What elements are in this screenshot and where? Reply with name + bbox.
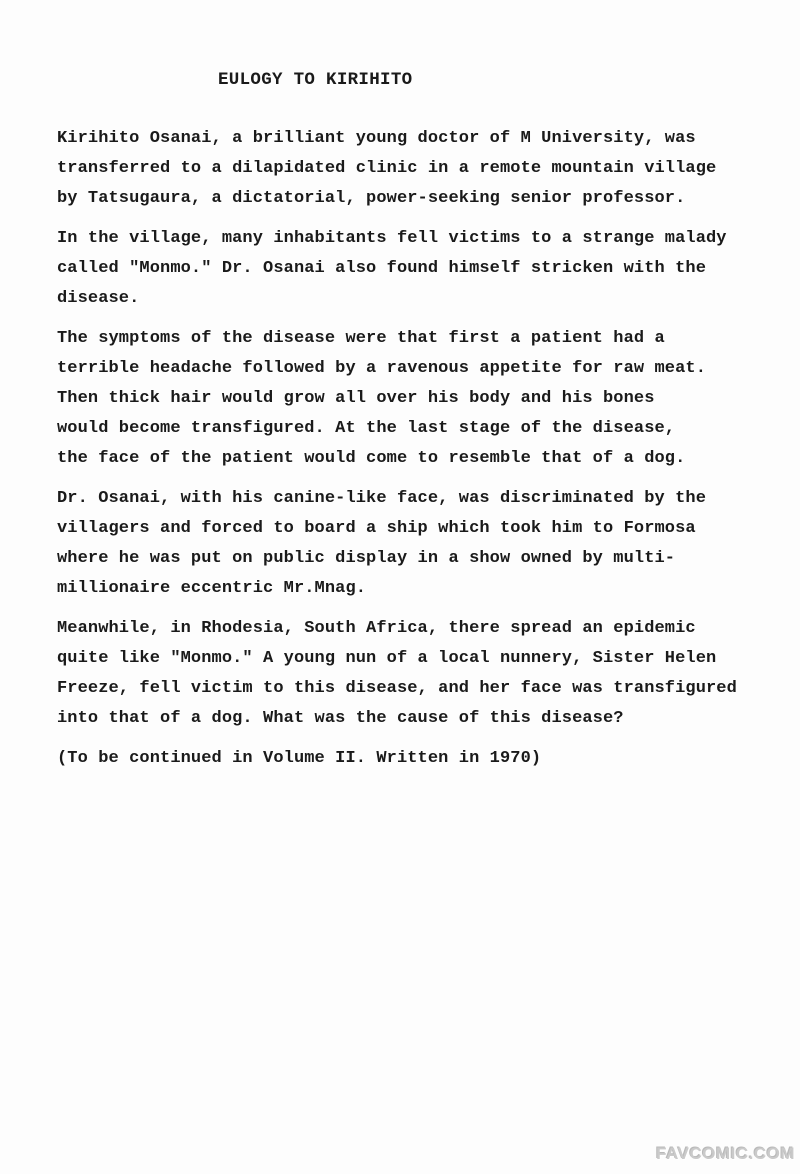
text-line: by Tatsugaura, a dictatorial, power-seek… (57, 184, 780, 214)
document-title: EULOGY TO KIRIHITO (218, 70, 412, 90)
document-body: Kirihito Osanai, a brilliant young docto… (57, 124, 780, 784)
text-line: Meanwhile, in Rhodesia, South Africa, th… (57, 614, 780, 644)
text-line: would become transfigured. At the last s… (57, 414, 780, 444)
text-line: quite like "Monmo." A young nun of a loc… (57, 644, 780, 674)
text-line: Then thick hair would grow all over his … (57, 384, 780, 414)
paragraph: In the village, many inhabitants fell vi… (57, 224, 780, 314)
text-line: disease. (57, 284, 780, 314)
paragraph: (To be continued in Volume II. Written i… (57, 744, 780, 774)
text-line: In the village, many inhabitants fell vi… (57, 224, 780, 254)
text-line: called "Monmo." Dr. Osanai also found hi… (57, 254, 780, 284)
paragraph: Dr. Osanai, with his canine-like face, w… (57, 484, 780, 604)
paragraph: Kirihito Osanai, a brilliant young docto… (57, 124, 780, 214)
text-line: transferred to a dilapidated clinic in a… (57, 154, 780, 184)
scanned-document-page: EULOGY TO KIRIHITO Kirihito Osanai, a br… (0, 0, 800, 1174)
text-line: millionaire eccentric Mr.Mnag. (57, 574, 780, 604)
text-line: the face of the patient would come to re… (57, 444, 780, 474)
text-line: terrible headache followed by a ravenous… (57, 354, 780, 384)
text-line: Kirihito Osanai, a brilliant young docto… (57, 124, 780, 154)
paragraph: The symptoms of the disease were that fi… (57, 324, 780, 474)
text-line: Freeze, fell victim to this disease, and… (57, 674, 780, 704)
text-line: where he was put on public display in a … (57, 544, 780, 574)
text-line: villagers and forced to board a ship whi… (57, 514, 780, 544)
text-line: into that of a dog. What was the cause o… (57, 704, 780, 734)
text-line: (To be continued in Volume II. Written i… (57, 744, 780, 774)
paragraph: Meanwhile, in Rhodesia, South Africa, th… (57, 614, 780, 734)
watermark-text: FAVCOMIC.COM (656, 1144, 795, 1164)
text-line: Dr. Osanai, with his canine-like face, w… (57, 484, 780, 514)
text-line: The symptoms of the disease were that fi… (57, 324, 780, 354)
